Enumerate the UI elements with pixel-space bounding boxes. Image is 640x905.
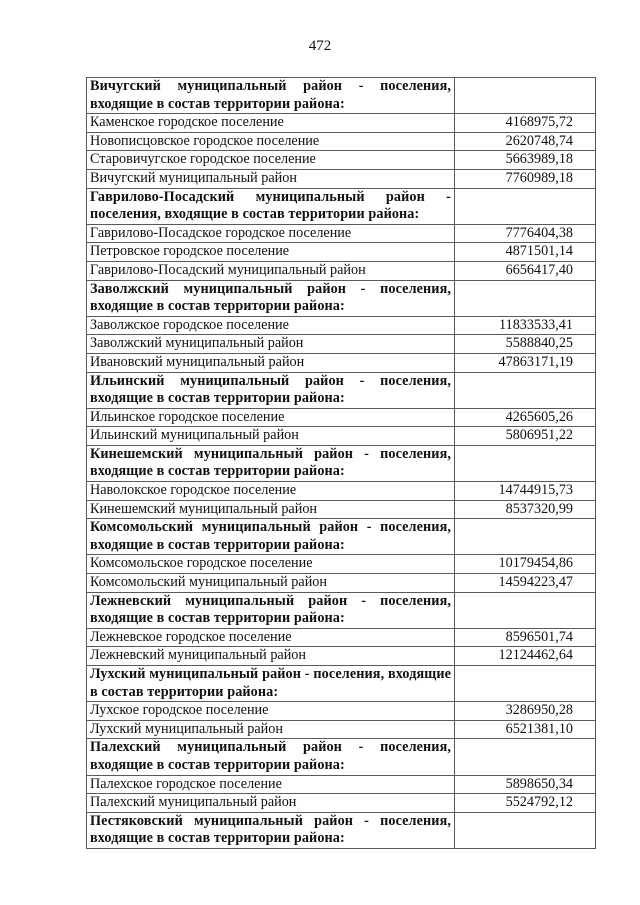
municipality-name: Лежневский муниципальный район - поселен… [87,592,455,628]
municipality-name: Старовичугское городское поселение [87,151,455,170]
amount-value: 6656417,40 [455,261,596,280]
amount-value: 4168975,72 [455,114,596,133]
table-row: Ильинский муниципальный район 5806951,22 [87,427,596,446]
municipality-name: Гаврилово-Посадский муниципальный район … [87,188,455,224]
amount-value: 8537320,99 [455,500,596,519]
municipality-name: Комсомольское городское поселение [87,555,455,574]
municipality-name: Палехское городское поселение [87,775,455,794]
amount-value [455,519,596,555]
amount-value: 6521381,10 [455,720,596,739]
amount-value: 14744915,73 [455,482,596,501]
municipality-name: Пестяковский муниципальный район - посел… [87,812,455,848]
table-row: Каменское городское поселение 4168975,72 [87,114,596,133]
amount-value: 8596501,74 [455,628,596,647]
amount-value: 5898650,34 [455,775,596,794]
amount-value: 12124462,64 [455,647,596,666]
municipality-name: Кинешемский муниципальный район [87,500,455,519]
municipality-name: Палехский муниципальный район [87,794,455,813]
section-header-row: Пестяковский муниципальный район - посел… [87,812,596,848]
section-header-row: Ильинский муниципальный район - поселени… [87,372,596,408]
municipality-name: Заволжский муниципальный район [87,335,455,354]
amount-value: 2620748,74 [455,132,596,151]
table-row: Комсомольское городское поселение 101794… [87,555,596,574]
table-row: Лежневский муниципальный район 12124462,… [87,647,596,666]
municipality-name: Ильинский муниципальный район - поселени… [87,372,455,408]
table-row: Петровское городское поселение 4871501,1… [87,243,596,262]
amount-value: 5663989,18 [455,151,596,170]
table-row: Палехский муниципальный район 5524792,12 [87,794,596,813]
amount-value [455,78,596,114]
municipality-name: Лухский муниципальный район - поселения,… [87,666,455,702]
amount-value: 5524792,12 [455,794,596,813]
table-row: Старовичугское городское поселение 56639… [87,151,596,170]
amount-value [455,739,596,775]
amount-value [455,372,596,408]
section-header-row: Кинешемский муниципальный район - поселе… [87,445,596,481]
municipality-name: Заволжское городское поселение [87,316,455,335]
municipality-name: Вичугский муниципальный район [87,169,455,188]
section-header-row: Комсомольский муниципальный район - посе… [87,519,596,555]
municipality-name: Ивановский муниципальный район [87,353,455,372]
section-header-row: Вичугский муниципальный район - поселени… [87,78,596,114]
amount-value [455,666,596,702]
amount-value: 11833533,41 [455,316,596,335]
municipality-name: Лежневское городское поселение [87,628,455,647]
table-row: Гаврилово-Посадское городское поселение … [87,224,596,243]
municipality-name: Гаврилово-Посадский муниципальный район [87,261,455,280]
table-row: Заволжское городское поселение 11833533,… [87,316,596,335]
amount-value: 5588840,25 [455,335,596,354]
table-row: Ивановский муниципальный район 47863171,… [87,353,596,372]
municipality-name: Вичугский муниципальный район - поселени… [87,78,455,114]
section-header-row: Лухский муниципальный район - поселения,… [87,666,596,702]
table-row: Лежневское городское поселение 8596501,7… [87,628,596,647]
amount-value: 4265605,26 [455,408,596,427]
municipality-name: Кинешемский муниципальный район - поселе… [87,445,455,481]
table-row: Гаврилово-Посадский муниципальный район … [87,261,596,280]
amount-value: 5806951,22 [455,427,596,446]
municipality-name: Каменское городское поселение [87,114,455,133]
section-header-row: Лежневский муниципальный район - поселен… [87,592,596,628]
amount-value: 47863171,19 [455,353,596,372]
municipality-name: Наволокское городское поселение [87,482,455,501]
table-row: Палехское городское поселение 5898650,34 [87,775,596,794]
table-row: Заволжский муниципальный район 5588840,2… [87,335,596,354]
municipality-name: Гаврилово-Посадское городское поселение [87,224,455,243]
table-row: Комсомольский муниципальный район 145942… [87,574,596,593]
table-row: Наволокское городское поселение 14744915… [87,482,596,501]
table-row: Лухское городское поселение 3286950,28 [87,702,596,721]
table-body: Вичугский муниципальный район - поселени… [87,78,596,849]
municipality-name: Ильинский муниципальный район [87,427,455,446]
section-header-row: Палехский муниципальный район - поселени… [87,739,596,775]
table-row: Кинешемский муниципальный район 8537320,… [87,500,596,519]
budget-distribution-table: Вичугский муниципальный район - поселени… [86,77,596,849]
municipality-name: Заволжский муниципальный район - поселен… [87,280,455,316]
municipality-name: Комсомольский муниципальный район - посе… [87,519,455,555]
amount-value: 3286950,28 [455,702,596,721]
municipality-name: Петровское городское поселение [87,243,455,262]
amount-value [455,592,596,628]
amount-value [455,188,596,224]
table-row: Ильинское городское поселение 4265605,26 [87,408,596,427]
amount-value [455,280,596,316]
amount-value: 4871501,14 [455,243,596,262]
municipality-name: Лухский муниципальный район [87,720,455,739]
page-number: 472 [0,37,640,55]
municipality-name: Лухское городское поселение [87,702,455,721]
amount-value [455,812,596,848]
municipality-name: Лежневский муниципальный район [87,647,455,666]
municipality-name: Новописцовское городское поселение [87,132,455,151]
municipality-name: Ильинское городское поселение [87,408,455,427]
table-row: Вичугский муниципальный район 7760989,18 [87,169,596,188]
amount-value: 14594223,47 [455,574,596,593]
municipality-name: Палехский муниципальный район - поселени… [87,739,455,775]
amount-value: 10179454,86 [455,555,596,574]
amount-value: 7760989,18 [455,169,596,188]
table-row: Новописцовское городское поселение 26207… [87,132,596,151]
municipality-name: Комсомольский муниципальный район [87,574,455,593]
table-row: Лухский муниципальный район 6521381,10 [87,720,596,739]
amount-value: 7776404,38 [455,224,596,243]
amount-value [455,445,596,481]
section-header-row: Гаврилово-Посадский муниципальный район … [87,188,596,224]
section-header-row: Заволжский муниципальный район - поселен… [87,280,596,316]
